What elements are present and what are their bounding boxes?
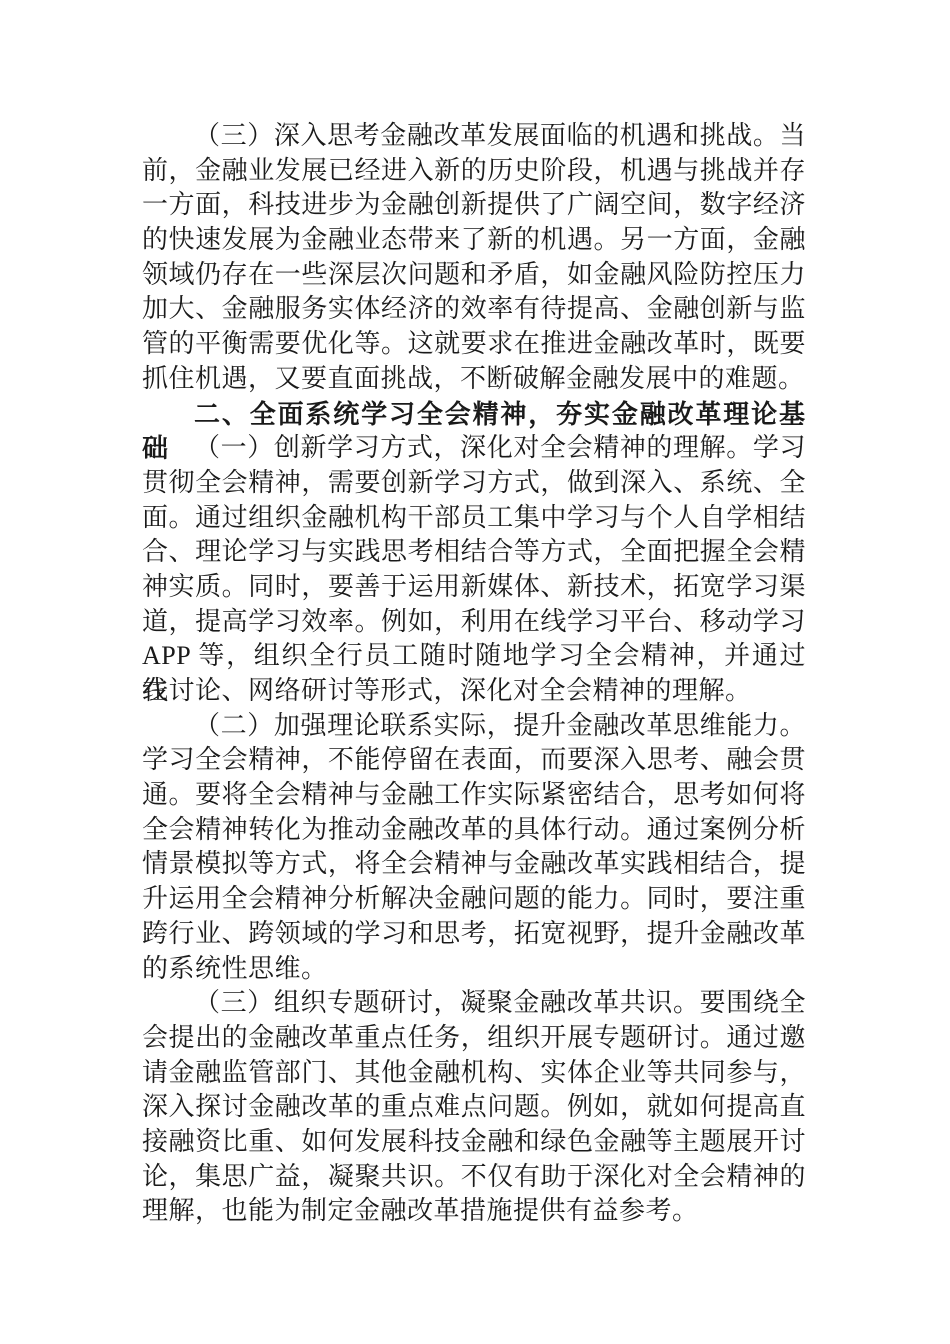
text-line: 的快速发展为金融业态带来了新的机遇。另一方面，金融	[142, 223, 806, 258]
text-line: 神实质。同时，要善于运用新媒体、新技术，拓宽学习渠	[142, 570, 806, 605]
text-line: （三）组织专题研讨，凝聚金融改革共识。要围绕全	[142, 986, 806, 1021]
text-line: （三）深入思考金融改革发展面临的机遇和挑战。当	[142, 119, 806, 154]
text-line: 通。要将全会精神与金融工作实际紧密结合，思考如何将	[142, 778, 806, 813]
text-line: 论，集思广益，凝聚共识。不仅有助于深化对全会精神的	[142, 1160, 806, 1195]
text-line: 理解，也能为制定金融改革措施提供有益参考。	[142, 1194, 806, 1229]
text-line: 跨行业、跨领域的学习和思考，拓宽视野，提升金融改革	[142, 917, 806, 952]
text-line: 学习全会精神，不能停留在表面，而要深入思考、融会贯	[142, 743, 806, 778]
text-line: （二）加强理论联系实际，提升金融改革思维能力。	[142, 709, 806, 744]
text-line: 抓住机遇，又要直面挑战，不断破解金融发展中的难题。	[142, 362, 806, 397]
document-body: （三）深入思考金融改革发展面临的机遇和挑战。当前，金融业发展已经进入新的历史阶段…	[142, 119, 806, 1229]
section-heading: 二、全面系统学习全会精神，夯实金融改革理论基础	[142, 397, 806, 432]
text-line: 贯彻全会精神，需要创新学习方式，做到深入、系统、全	[142, 466, 806, 501]
text-line: 面。通过组织金融机构干部员工集中学习与个人自学相结	[142, 501, 806, 536]
document-page: （三）深入思考金融改革发展面临的机遇和挑战。当前，金融业发展已经进入新的历史阶段…	[0, 0, 950, 1344]
text-line: 全会精神转化为推动金融改革的具体行动。通过案例分析	[142, 813, 806, 848]
text-line: APP 等，组织全行员工随时随地学习全会精神，并通过在	[142, 639, 806, 674]
text-line: 线讨论、网络研讨等形式，深化对全会精神的理解。	[142, 674, 806, 709]
text-line: 管的平衡需要优化等。这就要求在推进金融改革时，既要	[142, 327, 806, 362]
text-line: 接融资比重、如何发展科技金融和绿色金融等主题展开讨	[142, 1125, 806, 1160]
text-line: 合、理论学习与实践思考相结合等方式，全面把握全会精	[142, 535, 806, 570]
text-line: 领域仍存在一些深层次问题和矛盾，如金融风险防控压力	[142, 258, 806, 293]
text-line: 会提出的金融改革重点任务，组织开展专题研讨。通过邀	[142, 1021, 806, 1056]
text-line: 深入探讨金融改革的重点难点问题。例如，就如何提高直	[142, 1090, 806, 1125]
text-line: 一方面，科技进步为金融创新提供了广阔空间，数字经济	[142, 188, 806, 223]
text-line: 道，提高学习效率。例如，利用在线学习平台、移动学习	[142, 605, 806, 640]
text-line: 升运用全会精神分析解决金融问题的能力。同时，要注重	[142, 882, 806, 917]
text-line: （一）创新学习方式，深化对全会精神的理解。学习	[142, 431, 806, 466]
text-line: 前，金融业发展已经进入新的历史阶段，机遇与挑战并存	[142, 154, 806, 189]
text-line: 请金融监管部门、其他金融机构、实体企业等共同参与，	[142, 1056, 806, 1091]
text-line: 情景模拟等方式，将全会精神与金融改革实践相结合，提	[142, 847, 806, 882]
text-line: 加大、金融服务实体经济的效率有待提高、金融创新与监	[142, 292, 806, 327]
text-line: 的系统性思维。	[142, 952, 806, 987]
